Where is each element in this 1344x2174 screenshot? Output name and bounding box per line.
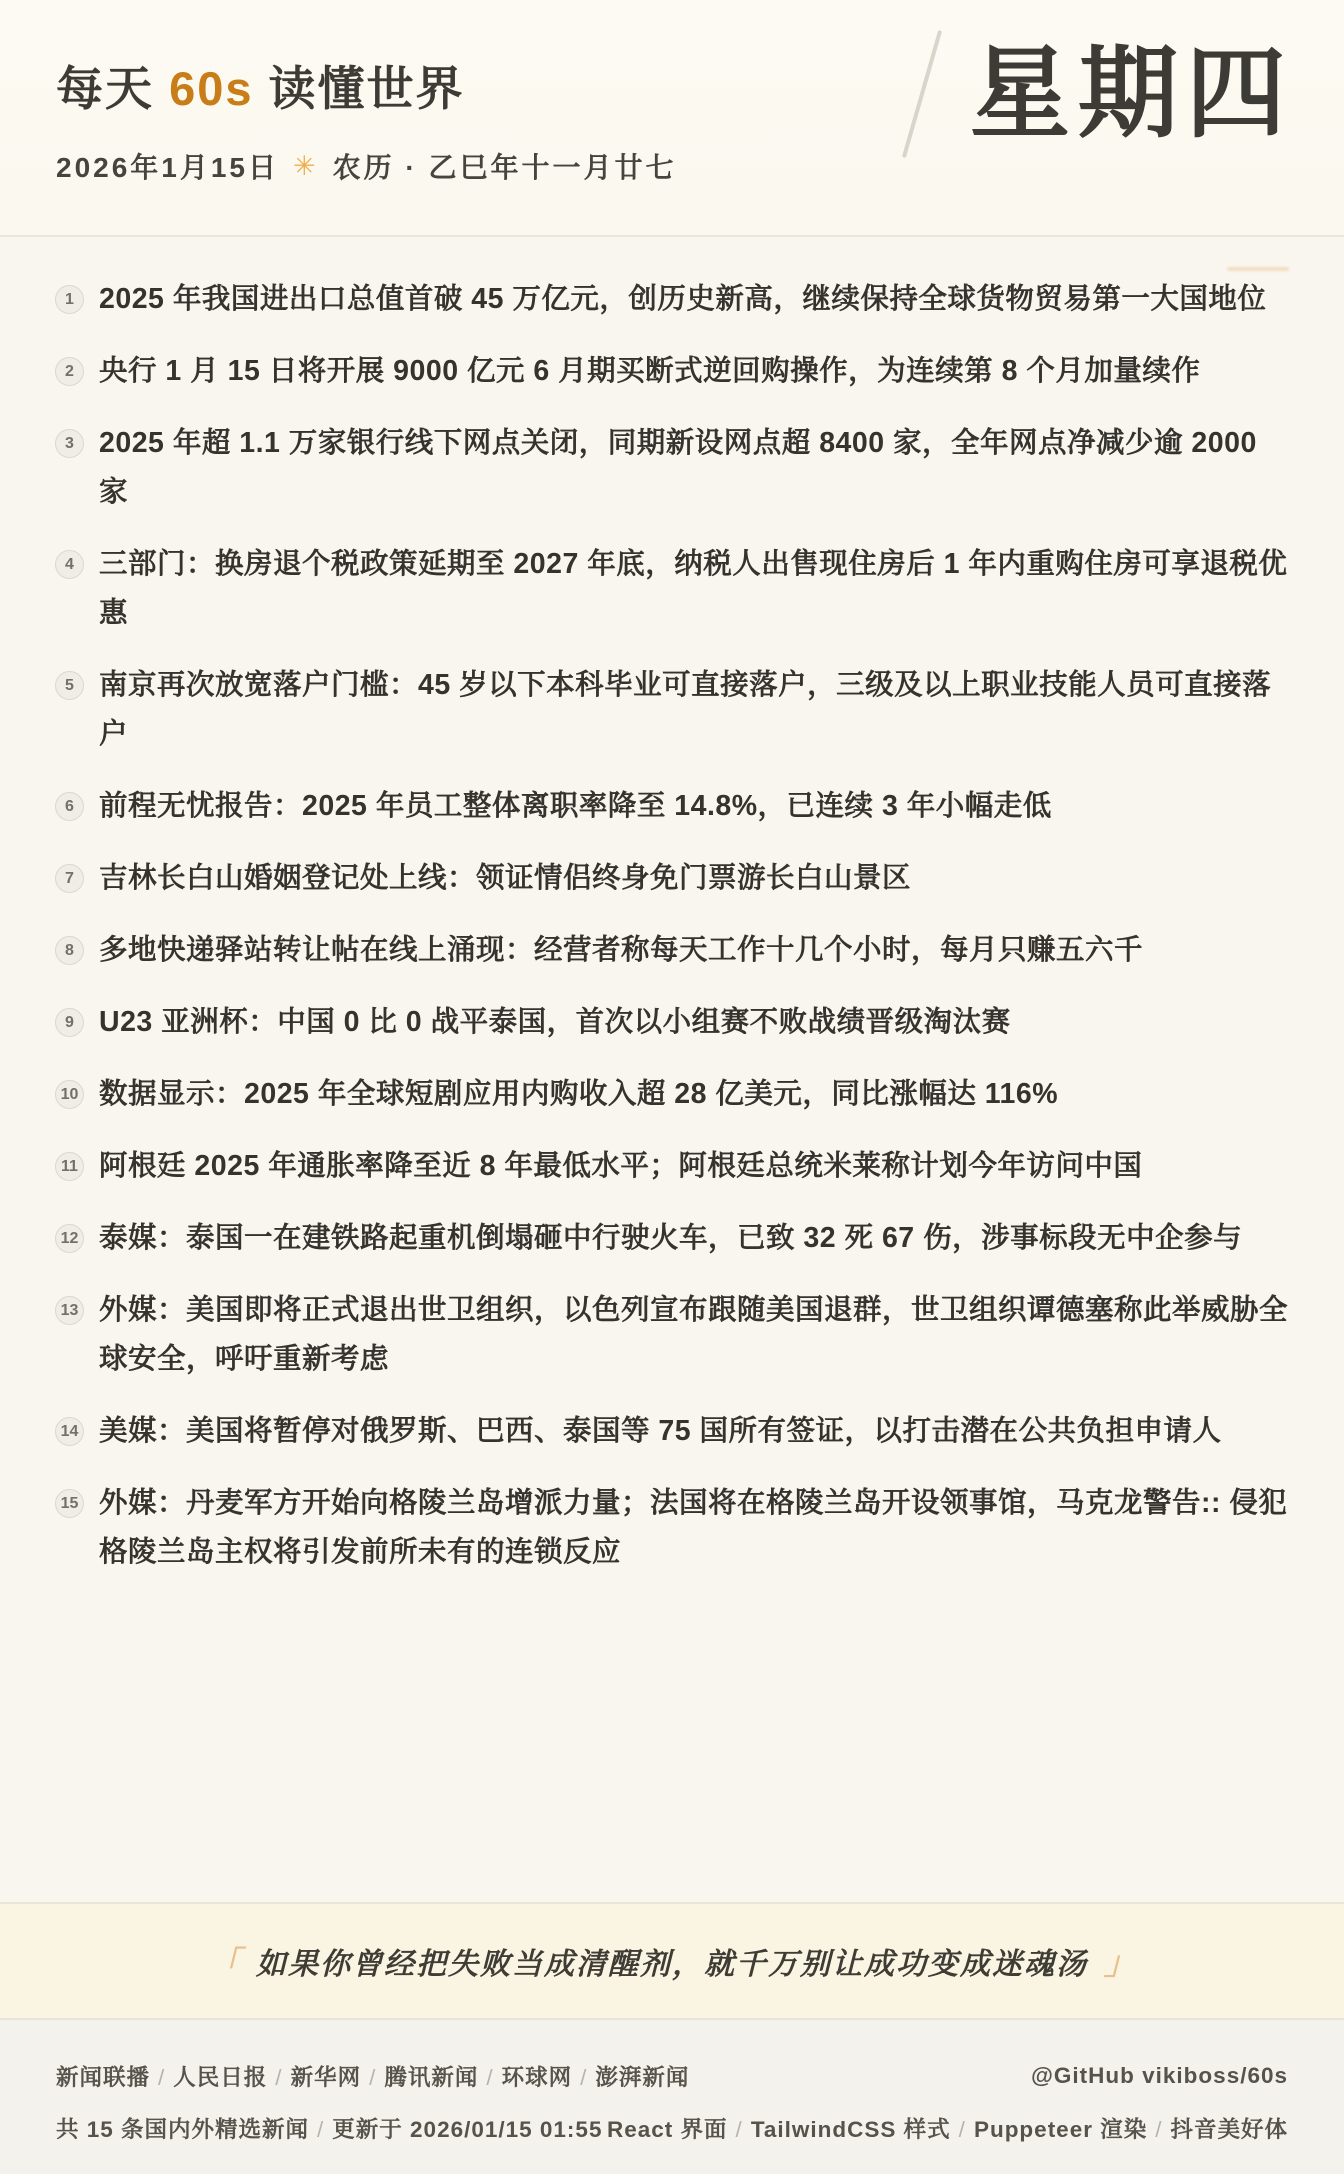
- item-number-badge: 9: [55, 1008, 84, 1037]
- item-number-badge: 2: [55, 357, 84, 386]
- list-item: 4 三部门：换房退个税政策延期至 2027 年底，纳税人出售现住房后 1 年内重…: [55, 540, 1294, 638]
- footer-row-sources: 新闻联播/人民日报/新华网/腾讯新闻/环球网/澎湃新闻 @GitHub viki…: [56, 2060, 1288, 2092]
- list-item: 15 外媒：丹麦军方开始向格陵兰岛增派力量；法国将在格陵兰岛开设领事馆，马克龙警…: [55, 1479, 1294, 1577]
- separator: /: [1147, 2117, 1170, 2142]
- daily-quote-band: 「 如果你曾经把失败当成清醒剂，就千万别让成功变成迷魂汤 」: [0, 1902, 1344, 2020]
- list-item: 6 前程无忧报告：2025 年员工整体离职率降至 14.8%，已连续 3 年小幅…: [55, 782, 1294, 831]
- footer: 新闻联播/人民日报/新华网/腾讯新闻/环球网/澎湃新闻 @GitHub viki…: [0, 2020, 1344, 2174]
- item-number-badge: 12: [55, 1224, 84, 1253]
- news-text: 央行 1 月 15 日将开展 9000 亿元 6 月期买断式逆回购操作，为连续第…: [99, 347, 1200, 396]
- list-item: 2 央行 1 月 15 日将开展 9000 亿元 6 月期买断式逆回购操作，为连…: [55, 347, 1294, 396]
- news-text: 吉林长白山婚姻登记处上线：领证情侣终身免门票游长白山景区: [99, 854, 911, 903]
- title-accent-60s: 60s: [169, 62, 253, 115]
- separator: /: [728, 2117, 751, 2142]
- news-text: 2025 年超 1.1 万家银行线下网点关闭，同期新设网点超 8400 家，全年…: [99, 419, 1294, 517]
- news-text: 美媒：美国将暂停对俄罗斯、巴西、泰国等 75 国所有签证，以打击潜在公共负担申请…: [99, 1407, 1222, 1456]
- news-card-page: 每天 60s 读懂世界 2026年1月15日 ✳ 农历 · 乙巳年十一月廿七 星…: [0, 0, 1344, 2174]
- news-text: 前程无忧报告：2025 年员工整体离职率降至 14.8%，已连续 3 年小幅走低: [99, 782, 1052, 831]
- weekday-label: 星期四: [970, 39, 1294, 149]
- weekday-group: 星期四: [920, 28, 1294, 160]
- news-text: 南京再次放宽落户门槛：45 岁以下本科毕业可直接落户，三级及以上职业技能人员可直…: [99, 661, 1294, 759]
- list-item: 7 吉林长白山婚姻登记处上线：领证情侣终身免门票游长白山景区: [55, 854, 1294, 903]
- gregorian-date: 2026年1月15日: [56, 146, 279, 186]
- news-text: 外媒：美国即将正式退出世卫组织，以色列宣布跟随美国退群，世卫组织谭德塞称此举威胁…: [99, 1286, 1294, 1384]
- list-item: 5 南京再次放宽落户门槛：45 岁以下本科毕业可直接落户，三级及以上职业技能人员…: [55, 661, 1294, 759]
- list-item: 13 外媒：美国即将正式退出世卫组织，以色列宣布跟随美国退群，世卫组织谭德塞称此…: [55, 1286, 1294, 1384]
- list-item: 8 多地快递驿站转让帖在线上涌现：经营者称每天工作十几个小时，每月只赚五六千: [55, 926, 1294, 975]
- tech-stack: React 界面/TailwindCSS 样式/Puppeteer 渲染/抖音美…: [607, 2112, 1288, 2144]
- title-prefix: 每天: [56, 62, 154, 115]
- separator: /: [309, 2117, 332, 2142]
- news-list: 1 2025 年我国进出口总值首破 45 万亿元，创历史新高，继续保持全球货物贸…: [0, 237, 1344, 1902]
- item-number-badge: 6: [55, 792, 84, 821]
- item-number-badge: 4: [55, 550, 84, 579]
- watermark-smudge: [1227, 267, 1289, 271]
- news-text: 三部门：换房退个税政策延期至 2027 年底，纳税人出售现住房后 1 年内重购住…: [99, 540, 1294, 638]
- footer-row-meta: 共 15 条国内外精选新闻/更新于 2026/01/15 01:55 React…: [56, 2112, 1288, 2144]
- header: 每天 60s 读懂世界 2026年1月15日 ✳ 农历 · 乙巳年十一月廿七 星…: [0, 0, 1344, 237]
- news-text: 阿根廷 2025 年通胀率降至近 8 年最低水平；阿根廷总统米莱称计划今年访问中…: [99, 1142, 1142, 1191]
- item-number-badge: 3: [55, 429, 84, 458]
- close-quote-mark: 」: [1104, 1938, 1136, 1984]
- list-item: 1 2025 年我国进出口总值首破 45 万亿元，创历史新高，继续保持全球货物贸…: [55, 275, 1294, 324]
- item-number-badge: 5: [55, 671, 84, 700]
- separator: /: [267, 2065, 290, 2090]
- item-number-badge: 11: [55, 1152, 84, 1181]
- separator: /: [361, 2065, 384, 2090]
- item-number-badge: 13: [55, 1296, 84, 1325]
- update-meta: 共 15 条国内外精选新闻/更新于 2026/01/15 01:55: [56, 2112, 602, 2144]
- list-item: 9 U23 亚洲杯：中国 0 比 0 战平泰国，首次以小组赛不败战绩晋级淘汰赛: [55, 998, 1294, 1047]
- item-number-badge: 14: [55, 1417, 84, 1446]
- list-item: 10 数据显示：2025 年全球短剧应用内购收入超 28 亿美元，同比涨幅达 1…: [55, 1070, 1294, 1119]
- item-number-badge: 15: [55, 1489, 84, 1518]
- quote-text: 如果你曾经把失败当成清醒剂，就千万别让成功变成迷魂汤: [256, 1939, 1088, 1983]
- news-text: 外媒：丹麦军方开始向格陵兰岛增派力量；法国将在格陵兰岛开设领事馆，马克龙警告::…: [99, 1479, 1294, 1577]
- news-sources: 新闻联播/人民日报/新华网/腾讯新闻/环球网/澎湃新闻: [56, 2060, 689, 2092]
- github-credit: @GitHub vikiboss/60s: [1031, 2063, 1288, 2089]
- title-suffix: 读懂世界: [269, 62, 465, 115]
- item-number-badge: 1: [55, 285, 84, 314]
- news-text: 多地快递驿站转让帖在线上涌现：经营者称每天工作十几个小时，每月只赚五六千: [99, 926, 1143, 975]
- list-item: 12 泰媒：泰国一在建铁路起重机倒塌砸中行驶火车，已致 32 死 67 伤，涉事…: [55, 1214, 1294, 1263]
- item-number-badge: 10: [55, 1080, 84, 1109]
- news-text: U23 亚洲杯：中国 0 比 0 战平泰国，首次以小组赛不败战绩晋级淘汰赛: [99, 998, 1011, 1047]
- news-text: 数据显示：2025 年全球短剧应用内购收入超 28 亿美元，同比涨幅达 116%: [99, 1070, 1058, 1119]
- list-item: 11 阿根廷 2025 年通胀率降至近 8 年最低水平；阿根廷总统米莱称计划今年…: [55, 1142, 1294, 1191]
- open-quote-mark: 「: [208, 1938, 240, 1984]
- asterisk-icon: ✳: [293, 151, 319, 182]
- separator: /: [572, 2065, 595, 2090]
- separator: /: [150, 2065, 173, 2090]
- separator: /: [951, 2117, 974, 2142]
- list-item: 14 美媒：美国将暂停对俄罗斯、巴西、泰国等 75 国所有签证，以打击潜在公共负…: [55, 1407, 1294, 1456]
- item-number-badge: 8: [55, 936, 84, 965]
- list-item: 3 2025 年超 1.1 万家银行线下网点关闭，同期新设网点超 8400 家，…: [55, 419, 1294, 517]
- news-text: 泰媒：泰国一在建铁路起重机倒塌砸中行驶火车，已致 32 死 67 伤，涉事标段无…: [99, 1214, 1242, 1263]
- lunar-date: 农历 · 乙巳年十一月廿七: [333, 146, 677, 186]
- news-text: 2025 年我国进出口总值首破 45 万亿元，创历史新高，继续保持全球货物贸易第…: [99, 275, 1266, 324]
- separator: /: [478, 2065, 501, 2090]
- item-number-badge: 7: [55, 864, 84, 893]
